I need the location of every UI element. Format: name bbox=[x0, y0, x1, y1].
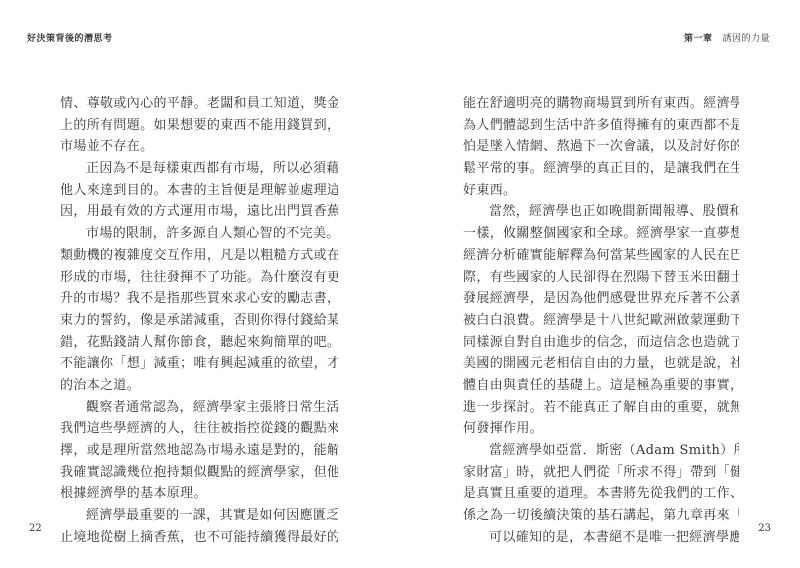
chapter-title: 誘因的力量 bbox=[722, 34, 770, 44]
text-line: 係之為一切後續決策的基石講起，第九章再來「拯救世界」。 bbox=[463, 505, 739, 527]
text-line: 好東西。 bbox=[463, 180, 739, 202]
right-page-body: 能在舒適明亮的購物商場買到所有東西。經濟學的發展，是因 為人們體認到生活中許多值… bbox=[463, 93, 739, 548]
text-line: 何發揮作用。 bbox=[463, 418, 739, 440]
text-line: 上的所有問題。如果想要的東西不能用錢買到，等於這東西的 bbox=[60, 115, 338, 137]
page-number: 22 bbox=[29, 523, 42, 534]
text-line: 當經濟學如亞當．斯密（Adam Smith）所說的能促進「國 bbox=[463, 440, 739, 462]
text-line: 形成的市場，往往發揮不了功能。為什麼沒有更多關於自我提 bbox=[60, 267, 338, 289]
text-line: 能在舒適明亮的購物商場買到所有東西。經濟學的發展，是因 bbox=[463, 93, 739, 115]
text-line: 根據經濟學的基本原理。 bbox=[60, 483, 338, 505]
page-number: 23 bbox=[758, 523, 771, 534]
text-line: 怕是墜入情網、熬過下一次會議，以及討好你的牙醫等這般稀 bbox=[463, 136, 739, 158]
text-line: 他人來達到目的。本書的主旨便是理解並處理這問題，善用誘 bbox=[60, 180, 338, 202]
chapter-number: 第一章 bbox=[684, 34, 713, 44]
text-line: 經濟學最重要的一課，其實是如何因應匱乏。人不可能無 bbox=[60, 505, 338, 527]
text-line: 我確實認識幾位抱持類似觀點的經濟學家，但他們的看法並非 bbox=[60, 462, 338, 484]
text-line: 擇，或是理所當然地認為市場永遠是對的，能解決一切問題。 bbox=[60, 440, 338, 462]
book-title-running-head: 好決策背後的潛思考 bbox=[27, 31, 113, 44]
text-line: 升的市場？我不是指那些買來求心安的勵志書，而是真正有約 bbox=[60, 288, 338, 310]
text-line: 的治本之道。 bbox=[60, 375, 338, 397]
text-line: 止境地從樹上摘香蕉，也不可能持續獲得最好的醫療，更不可 bbox=[60, 527, 338, 549]
text-line: 一樣，攸關整個國家和全球。經濟學家一直夢想讓世界更好。 bbox=[463, 223, 739, 245]
chapter-running-head: 第一章誘因的力量 bbox=[684, 31, 770, 44]
text-line: 觀察者通常認為，經濟學家主張將日常生活全面商業化。 bbox=[60, 397, 338, 419]
text-line: 為人們體認到生活中許多值得擁有的東西都不是憑空而來，哪 bbox=[463, 115, 739, 137]
text-line: 不能讓你「想」減重；唯有興起減重的欲望，才是讓你變苗條 bbox=[60, 353, 338, 375]
book-spread: 好決策背後的潛思考 情、尊敬或內心的平靜。老闆和員工知道，獎金解決不了職場 上的… bbox=[0, 0, 800, 568]
text-line: 際，有些國家的人民卻得在烈陽下替玉米田翻土。科學創始者 bbox=[463, 267, 739, 289]
text-line: 鬆平常的事。經濟學的真正目的，是讓我們在生活中獲得更多 bbox=[463, 158, 739, 180]
text-line: 情、尊敬或內心的平靜。老闆和員工知道，獎金解決不了職場 bbox=[60, 93, 338, 115]
text-line: 我們這些學經濟的人，往往被指控從錢的觀點來看人類所有選 bbox=[60, 418, 338, 440]
text-line: 市場的限制，許多源自人類心智的不完美。市場總是與人 bbox=[60, 223, 338, 245]
left-page: 好決策背後的潛思考 情、尊敬或內心的平靜。老闆和員工知道，獎金解決不了職場 上的… bbox=[0, 0, 400, 568]
text-line: 美國的開國元老相信自由的力量，也就是說，社會乃奠基於個 bbox=[463, 353, 739, 375]
text-line: 家財富」時，就把人們從「所求不得」帶到「健康富足」。這 bbox=[463, 462, 739, 484]
text-line: 經濟分析確實能解釋為何當某些國家的人民在巴黎悠閒渡假之 bbox=[463, 245, 739, 267]
text-line: 可以確知的是，本書絕不是唯一把經濟學應用到日常生活 bbox=[463, 527, 739, 549]
text-line: 當然，經濟學也正如晚間新聞報導、股價和世界經濟論壇 bbox=[463, 201, 739, 223]
left-page-body: 情、尊敬或內心的平靜。老闆和員工知道，獎金解決不了職場 上的所有問題。如果想要的… bbox=[60, 93, 338, 548]
text-line: 同樣源自對自由進步的信念，而這信念也造就了美國的誕生。 bbox=[463, 332, 739, 354]
text-line: 市場並不存在。 bbox=[60, 136, 338, 158]
text-line: 類動機的複雜度交互作用，凡是以粗糙方式或在思慮不周之下 bbox=[60, 245, 338, 267]
text-line: 進一步探討。若不能真正了解自由的重要，就無法理解誘因如 bbox=[463, 397, 739, 419]
text-line: 發展經濟學，是因為他們感覺世界充斥著不公義，生命的機會 bbox=[463, 288, 739, 310]
text-line: 是真實且重要的道理。本書將先從我們的工作、選擇與人際關 bbox=[463, 483, 739, 505]
text-line: 被白白浪費。經濟學是十八世紀歐洲啟蒙運動下的寶貴產物， bbox=[463, 310, 739, 332]
text-line: 束力的誓約，像是承諾減重，否則你得付錢給某個陌生人。沒 bbox=[60, 310, 338, 332]
right-page: 第一章誘因的力量 能在舒適明亮的購物商場買到所有東西。經濟學的發展，是因 為人們… bbox=[400, 0, 800, 568]
text-line: 正因為不是每樣東西都有市場，所以必須藉由激勵自己與 bbox=[60, 158, 338, 180]
text-line: 體自由與責任的基礎上。這是極為重要的事實，我將在下一章 bbox=[463, 375, 739, 397]
text-line: 因，用最有效的方式運用市場，遠比出門買香蕉困難多了。 bbox=[60, 201, 338, 223]
text-line: 錯，花點錢請人幫你節食，聽起來夠簡單的吧。但是，那麼做 bbox=[60, 332, 338, 354]
